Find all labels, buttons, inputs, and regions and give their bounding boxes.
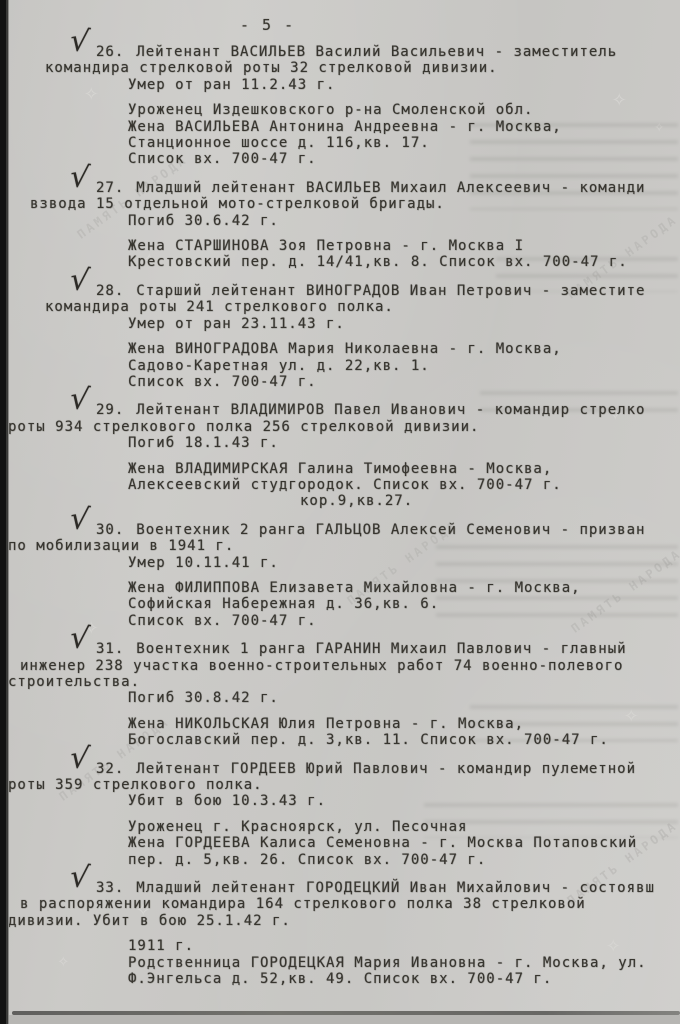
entry: √32.Лейтенант ГОРДЕЕВ Юрий Павлович - ко… (0, 761, 680, 868)
entry-line: √30.Воентехник 2 ранга ГАЛЬЦОВ Алексей С… (96, 522, 680, 538)
entry-line: роты 359 стрелкового полка. (8, 777, 680, 793)
entry-number: 29. (96, 402, 124, 418)
entry-line: Убит в бою 10.3.43 г. (128, 793, 680, 809)
paragraph: √31.Воентехник 1 ранга ГАРАНИН Михаил Па… (0, 641, 680, 707)
entry-line: Жена СТАРШИНОВА Зоя Петровна - г. Москва… (128, 238, 680, 254)
entry-number: 27. (96, 180, 124, 196)
entry-line: командира роты 241 стрелкового полка. (45, 299, 680, 315)
entry-line: Жена ВЛАДИМИРСКАЯ Галина Тимофеевна - Мо… (128, 461, 680, 477)
entry-text: Воентехник 2 ранга ГАЛЬЦОВ Алексей Семен… (136, 522, 645, 538)
entry-text: Лейтенант ВАСИЛЬЕВ Василий Васильевич - … (136, 44, 617, 60)
paragraph: 1911 г.Родственница ГОРОДЕЦКАЯ Мария Ива… (0, 938, 680, 987)
entry-line: командира стрелковой роты 32 стрелковой … (45, 60, 680, 76)
entry-line: Жена ФИЛИППОВА Елизавета Михайловна - г.… (128, 580, 680, 596)
entry-line: √28.Старший лейтенант ВИНОГРАДОВ Иван Пе… (96, 283, 680, 299)
paragraph: √30.Воентехник 2 ранга ГАЛЬЦОВ Алексей С… (0, 522, 680, 571)
entry-number: 26. (96, 44, 124, 60)
checkmark-icon: √ (69, 749, 91, 768)
entry-line: √29.Лейтенант ВЛАДИМИРОВ Павел Иванович … (96, 402, 680, 418)
entry-line: роты 934 стрелкового полка 256 стрелково… (8, 419, 680, 435)
entry-line: Софийская Набережная д. 36,кв. 6. (128, 596, 680, 612)
checkmark-icon: √ (69, 169, 91, 188)
paragraph: Жена ФИЛИППОВА Елизавета Михайловна - г.… (0, 580, 680, 629)
entry-line: по мобилизации в 1941 г. (8, 538, 680, 554)
entry-number: 33. (96, 880, 124, 896)
paragraph: Уроженец г. Красноярск, ул. ПесочнаяЖена… (0, 819, 680, 868)
scan-margin-bottom (9, 1015, 680, 1024)
entry-line: Станционное шоссе д. 116,кв. 17. (128, 135, 680, 151)
entry-line: пер. д. 5,кв. 26. Список вх. 700-47 г. (128, 852, 680, 868)
entry-line: Жена ВИНОГРАДОВА Мария Николаевна - г. М… (128, 341, 680, 357)
entry-number: 31. (96, 641, 124, 657)
checkmark-icon: √ (69, 511, 91, 530)
entry-line: Умер 10.11.41 г. (128, 555, 680, 571)
entry-line: Крестовский пер. д. 14/41,кв. 8. Список … (128, 254, 680, 270)
entry-text: Лейтенант ГОРДЕЕВ Юрий Павлович - команд… (136, 761, 636, 777)
entry-line: Погиб 30.6.42 г. (128, 213, 680, 229)
entry-line: √26.Лейтенант ВАСИЛЬЕВ Василий Васильеви… (96, 44, 680, 60)
paragraph: Жена ВИНОГРАДОВА Мария Николаевна - г. М… (0, 341, 680, 390)
entry-text: Младший лейтенант ВАСИЛЬЕВ Михаил Алексе… (136, 180, 645, 196)
paragraph: Жена СТАРШИНОВА Зоя Петровна - г. Москва… (0, 238, 680, 271)
entry-number: 32. (96, 761, 124, 777)
entry: √33.Младший лейтенант ГОРОДЕЦКИЙ Иван Ми… (0, 880, 680, 987)
entry-line: кор.9,кв.27. (300, 493, 680, 509)
paragraph: √26.Лейтенант ВАСИЛЬЕВ Василий Васильеви… (0, 44, 680, 93)
entry-number: 30. (96, 522, 124, 538)
checkmark-icon: √ (69, 272, 91, 291)
entry-line: инженер 238 участка военно-строительных … (20, 658, 680, 674)
paragraph: Жена ВЛАДИМИРСКАЯ Галина Тимофеевна - Мо… (0, 461, 680, 510)
entry-line: Погиб 30.8.42 г. (128, 690, 680, 706)
checkmark-icon: √ (69, 630, 91, 649)
paragraph: √33.Младший лейтенант ГОРОДЕЦКИЙ Иван Ми… (0, 880, 680, 929)
entry-line: Алексеевский студгородок. Список вх. 700… (128, 477, 680, 493)
entry-line: √33.Младший лейтенант ГОРОДЕЦКИЙ Иван Ми… (96, 880, 680, 896)
entry-line: взвода 15 отдельной мото-стрелковой бриг… (30, 196, 680, 212)
entry: √27.Младший лейтенант ВАСИЛЬЕВ Михаил Ал… (0, 180, 680, 271)
entry-line: Ф.Энгельса д. 52,кв. 49. Список вх. 700-… (128, 971, 680, 987)
entry-text: Младший лейтенант ГОРОДЕЦКИЙ Иван Михайл… (136, 880, 655, 896)
entry-line: Умер от ран 23.11.43 г. (128, 316, 680, 332)
entry: √30.Воентехник 2 ранга ГАЛЬЦОВ Алексей С… (0, 522, 680, 629)
entry-line: Богославский пер. д. 3,кв. 11. Список вх… (128, 732, 680, 748)
entry-line: дивизии. Убит в бою 25.1.42 г. (8, 913, 680, 929)
entry-line: Умер от ран 11.2.43 г. (128, 77, 680, 93)
entry-number: 28. (96, 283, 124, 299)
checkmark-icon: √ (69, 869, 91, 888)
entry-line: Погиб 18.1.43 г. (128, 435, 680, 451)
scan-edge-left (0, 0, 9, 1024)
entry-line: Уроженец г. Красноярск, ул. Песочная (128, 819, 680, 835)
paragraph: √32.Лейтенант ГОРДЕЕВ Юрий Павлович - ко… (0, 761, 680, 810)
entry-line: Родственница ГОРОДЕЦКАЯ Мария Ивановна -… (128, 955, 680, 971)
entry-line: Садово-Каретная ул. д. 22,кв. 1. (128, 358, 680, 374)
paragraph: Уроженец Издешковского р-на Смоленской о… (0, 102, 680, 168)
paragraph: √27.Младший лейтенант ВАСИЛЬЕВ Михаил Ал… (0, 180, 680, 229)
entry-line: Жена НИКОЛЬСКАЯ Юлия Петровна - г. Москв… (128, 716, 680, 732)
entry-line: строительства. (8, 674, 680, 690)
paragraph: √28.Старший лейтенант ВИНОГРАДОВ Иван Пе… (0, 283, 680, 332)
entry: √26.Лейтенант ВАСИЛЬЕВ Василий Васильеви… (0, 44, 680, 168)
entry-text: Лейтенант ВЛАДИМИРОВ Павел Иванович - ко… (136, 402, 645, 418)
entry-line: в распоряжении командира 164 стрелкового… (20, 896, 680, 912)
entry: √29.Лейтенант ВЛАДИМИРОВ Павел Иванович … (0, 402, 680, 509)
entry-line: Уроженец Издешковского р-на Смоленской о… (128, 102, 680, 118)
entry-line: √27.Младший лейтенант ВАСИЛЬЕВ Михаил Ал… (96, 180, 680, 196)
entry-line: √32.Лейтенант ГОРДЕЕВ Юрий Павлович - ко… (96, 761, 680, 777)
page-number: - 5 - (240, 16, 295, 34)
paragraph: Жена НИКОЛЬСКАЯ Юлия Петровна - г. Москв… (0, 716, 680, 749)
paragraph: √29.Лейтенант ВЛАДИМИРОВ Павел Иванович … (0, 402, 680, 451)
entry-line: Список вх. 700-47 г. (128, 613, 680, 629)
entry-line: Жена ГОРДЕЕВА Калиса Семеновна - г. Моск… (128, 835, 680, 851)
entry-line: Список вх. 700-47 г. (128, 151, 680, 167)
entry-line: Жена ВАСИЛЬЕВА Антонина Андреевна - г. М… (128, 119, 680, 135)
entry-line: Список вх. 700-47 г. (128, 374, 680, 390)
entry-line: √31.Воентехник 1 ранга ГАРАНИН Михаил Па… (96, 641, 680, 657)
entry: √28.Старший лейтенант ВИНОГРАДОВ Иван Пе… (0, 283, 680, 390)
entry-line: 1911 г. (128, 938, 680, 954)
entry: √31.Воентехник 1 ранга ГАРАНИН Михаил Па… (0, 641, 680, 748)
checkmark-icon: √ (69, 391, 91, 410)
entry-text: Старший лейтенант ВИНОГРАДОВ Иван Петров… (136, 283, 645, 299)
entries: √26.Лейтенант ВАСИЛЬЕВ Василий Васильеви… (0, 44, 680, 1000)
entry-text: Воентехник 1 ранга ГАРАНИН Михаил Павлов… (136, 641, 626, 657)
